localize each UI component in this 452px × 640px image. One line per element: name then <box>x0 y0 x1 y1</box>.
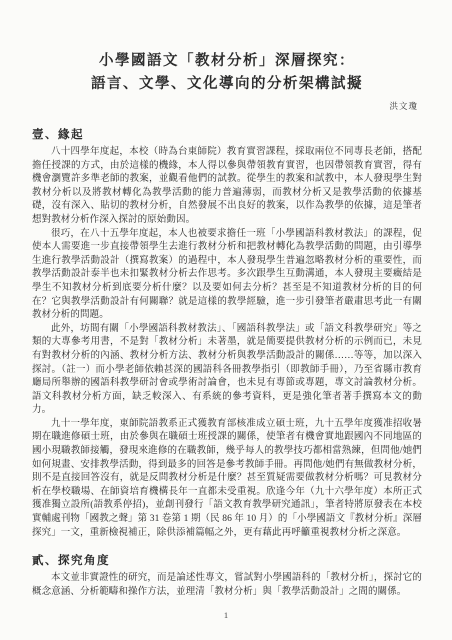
body-paragraph: 很巧，在八十五學年度起，本人也被要求擔任一班「小學國語科教材教法」的課程，促使本… <box>32 228 422 323</box>
body-paragraph: 九十一學年度，東師院語教系正式獲教育部核准成立碩士班，九十五學年度獲准招收暑期在… <box>32 418 422 540</box>
body-paragraph: 此外，坊間有關「小學國語科教材教法」、「國語科教學法」或「語文科教學研究」等之類… <box>32 323 422 418</box>
document-page: 小學國語文「教材分析」深層探究： 語言、文學、文化導向的分析架構試擬 洪文瓊 壹… <box>0 0 452 640</box>
body-paragraph: 本文並非實證性的研究，而是論述性專文，嘗試對小學國語科的「教材分析」，探討它的概… <box>32 572 422 599</box>
section-heading-approach: 貳、探究角度 <box>32 552 422 568</box>
document-title: 小學國語文「教材分析」深層探究： 語言、文學、文化導向的分析架構試擬 <box>32 50 422 96</box>
author-name: 洪文瓊 <box>32 100 418 112</box>
title-line-1: 小學國語文「教材分析」深層探究： <box>32 50 422 73</box>
title-line-2: 語言、文學、文化導向的分析架構試擬 <box>32 73 422 96</box>
section-heading-origin: 壹、緣起 <box>32 126 422 142</box>
page-number: 1 <box>0 610 452 620</box>
body-paragraph: 八十四學年度起，本校（時為台東師院）教育實習課程，採取兩位不同專長老師，搭配擔任… <box>32 146 422 228</box>
